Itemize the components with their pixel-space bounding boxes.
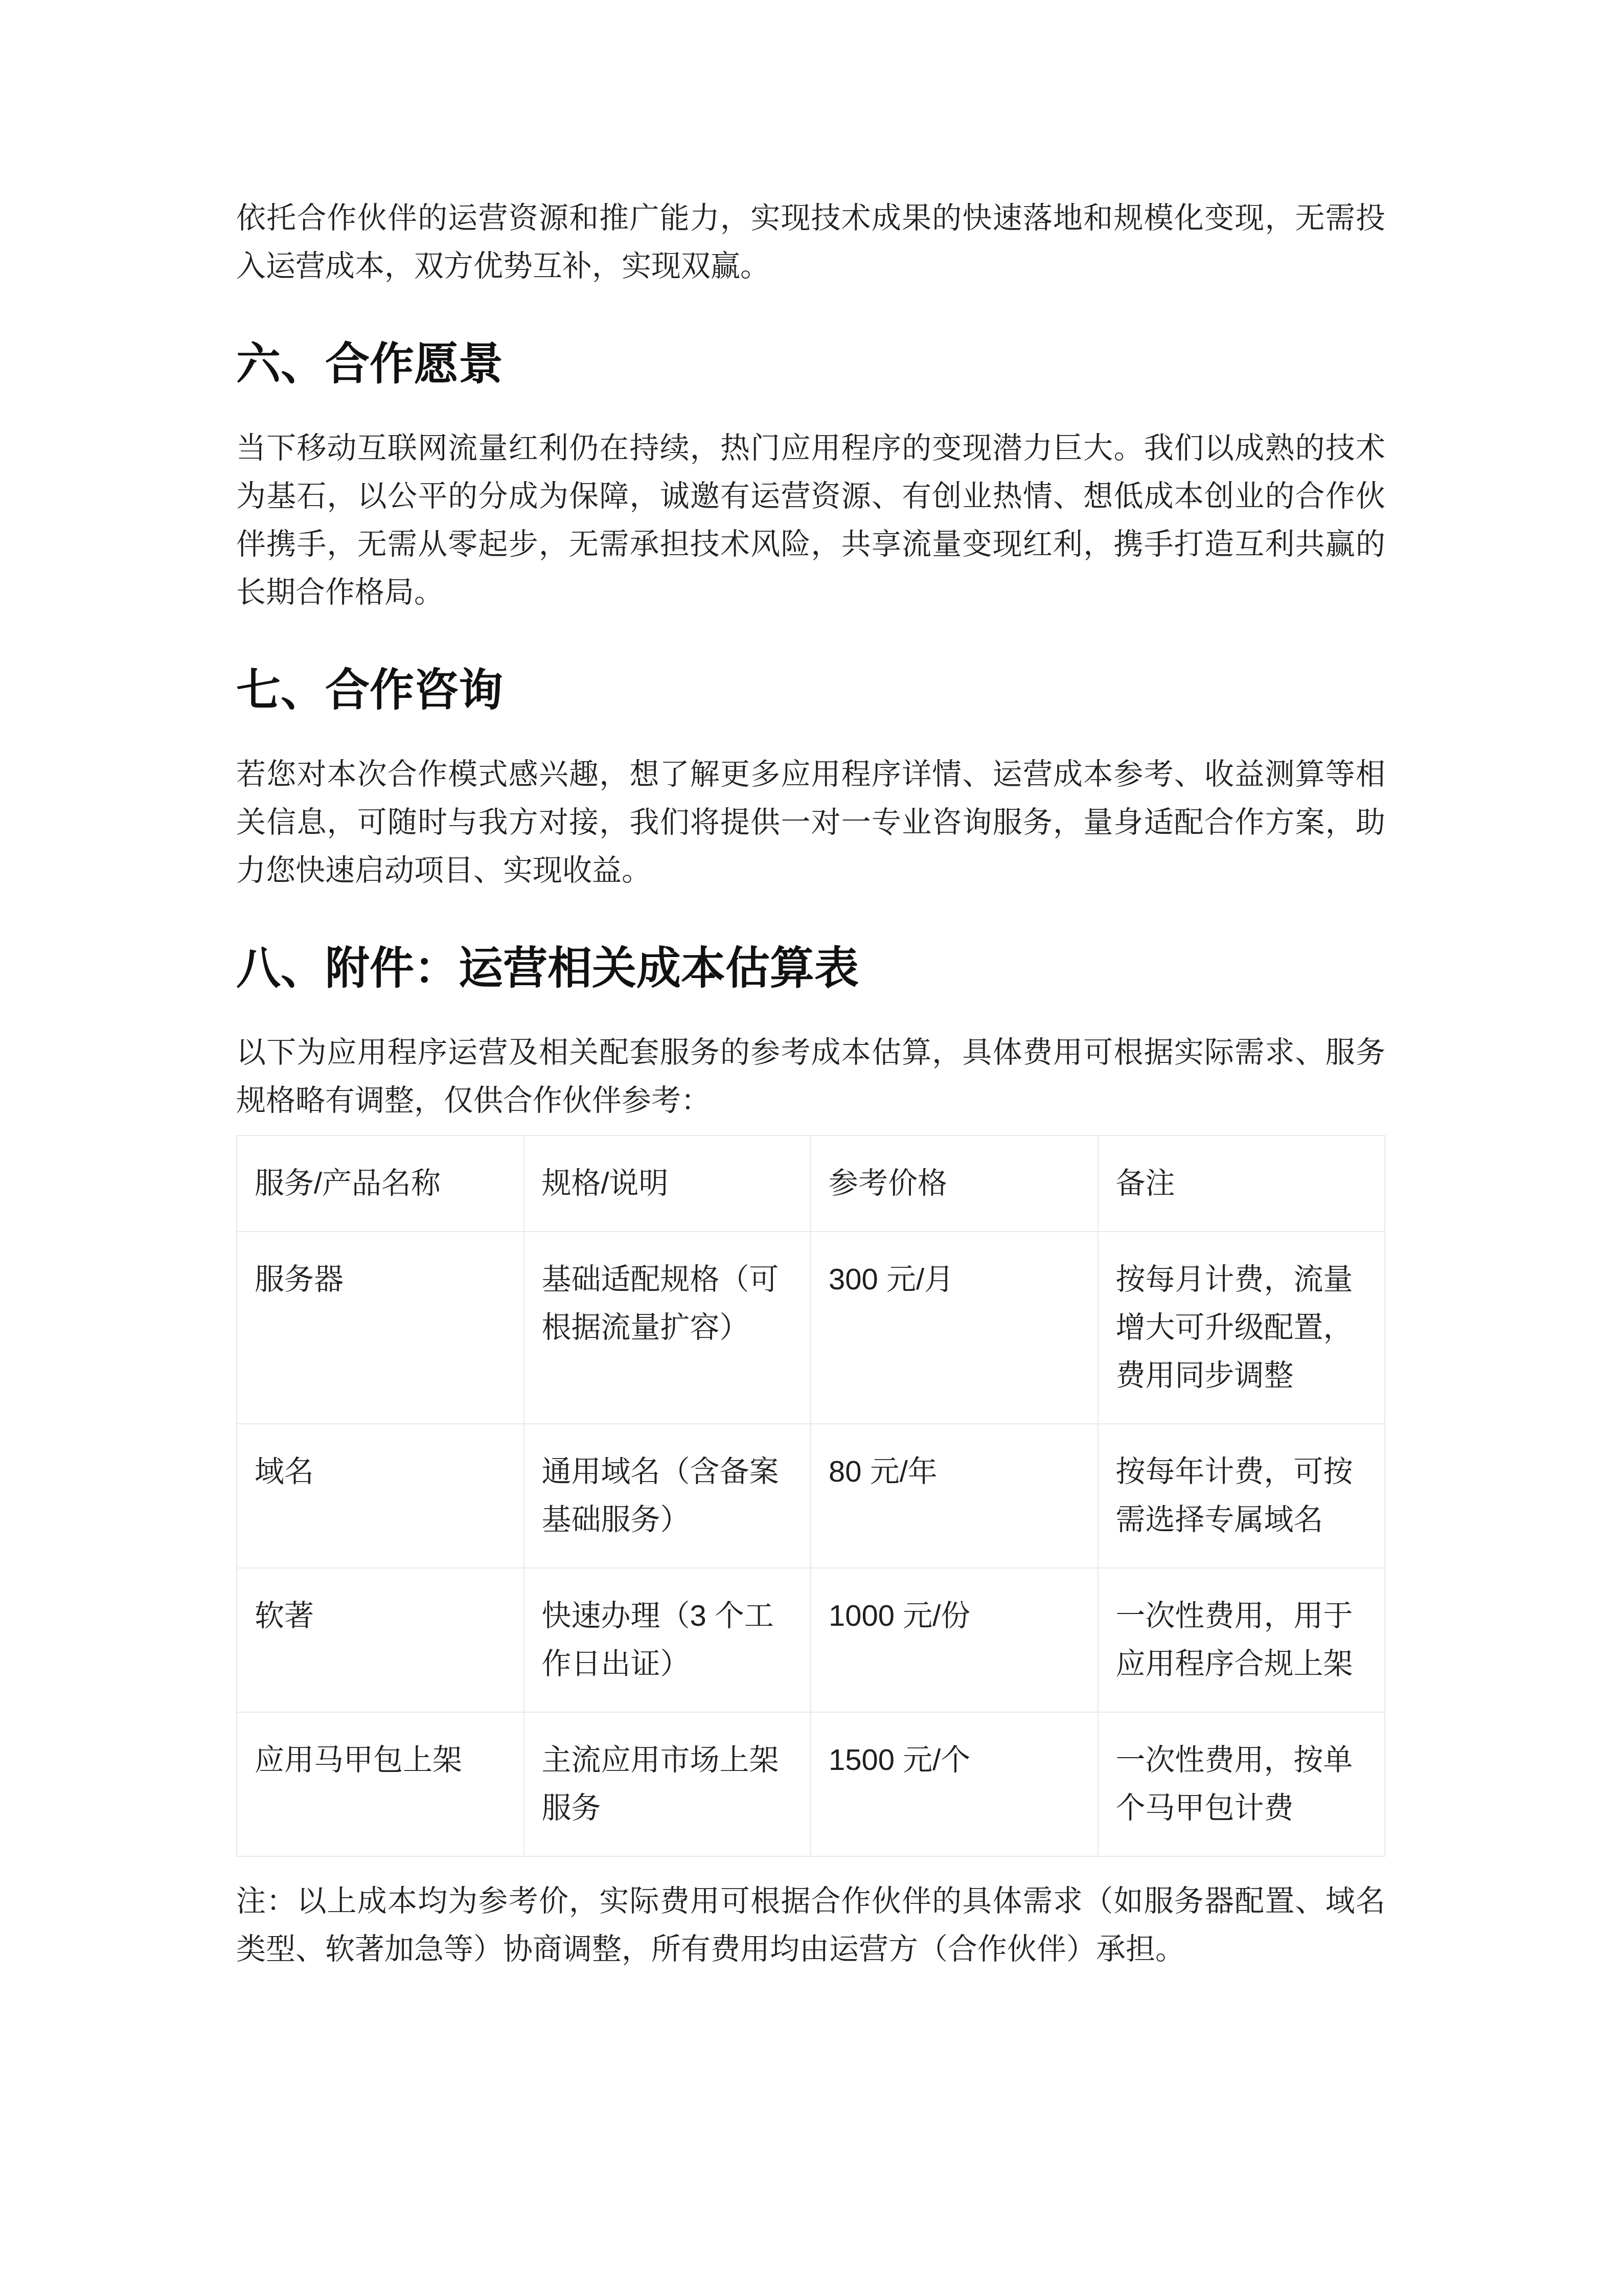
table-cell: 按每月计费，流量增大可升级配置，费用同步调整 — [1098, 1232, 1385, 1424]
table-cell: 通用域名（含备案基础服务） — [524, 1424, 811, 1568]
table-cell: 快速办理（3 个工作日出证） — [524, 1568, 811, 1712]
cost-table: 服务/产品名称 规格/说明 参考价格 备注 服务器 基础适配规格（可根据流量扩容… — [236, 1135, 1385, 1857]
table-cell: 1500 元/个 — [811, 1712, 1098, 1856]
table-cell: 服务器 — [237, 1232, 524, 1424]
table-cell: 域名 — [237, 1424, 524, 1568]
document-page: 依托合作伙伴的运营资源和推广能力，实现技术成果的快速落地和规模化变现，无需投入运… — [0, 0, 1623, 2296]
table-cell: 主流应用市场上架服务 — [524, 1712, 811, 1856]
heading-appendix-cost-table: 八、附件：运营相关成本估算表 — [236, 938, 1385, 1000]
table-cell: 按每年计费，可按需选择专属域名 — [1098, 1424, 1385, 1568]
table-cell: 300 元/月 — [811, 1232, 1098, 1424]
table-cell: 应用马甲包上架 — [237, 1712, 524, 1856]
heading-cooperation-vision: 六、合作愿景 — [236, 333, 1385, 396]
table-cell: 80 元/年 — [811, 1424, 1098, 1568]
table-cell: 一次性费用，用于应用程序合规上架 — [1098, 1568, 1385, 1712]
table-cell: 软著 — [237, 1568, 524, 1712]
table-header-row: 服务/产品名称 规格/说明 参考价格 备注 — [237, 1135, 1385, 1232]
table-header-cell-note: 备注 — [1098, 1135, 1385, 1232]
table-row-server: 服务器 基础适配规格（可根据流量扩容） 300 元/月 按每月计费，流量增大可升… — [237, 1232, 1385, 1424]
table-cell: 一次性费用，按单个马甲包计费 — [1098, 1712, 1385, 1856]
table-row-app-listing: 应用马甲包上架 主流应用市场上架服务 1500 元/个 一次性费用，按单个马甲包… — [237, 1712, 1385, 1856]
paragraph-cost-table-intro: 以下为应用程序运营及相关配套服务的参考成本估算，具体费用可根据实际需求、服务规格… — [236, 1029, 1385, 1125]
table-row-software-copyright: 软著 快速办理（3 个工作日出证） 1000 元/份 一次性费用，用于应用程序合… — [237, 1568, 1385, 1712]
table-cell: 基础适配规格（可根据流量扩容） — [524, 1232, 811, 1424]
table-row-domain: 域名 通用域名（含备案基础服务） 80 元/年 按每年计费，可按需选择专属域名 — [237, 1424, 1385, 1568]
heading-cooperation-consulting: 七、合作咨询 — [236, 660, 1385, 722]
paragraph-cooperation-consulting: 若您对本次合作模式感兴趣，想了解更多应用程序详情、运营成本参考、收益测算等相关信… — [236, 751, 1385, 895]
footnote: 注：以上成本均为参考价，实际费用可根据合作伙伴的具体需求（如服务器配置、域名类型… — [236, 1877, 1385, 1973]
table-header-cell-spec: 规格/说明 — [524, 1135, 811, 1232]
table-header-cell-price: 参考价格 — [811, 1135, 1098, 1232]
table-cell: 1000 元/份 — [811, 1568, 1098, 1712]
paragraph-cooperation-vision: 当下移动互联网流量红利仍在持续，热门应用程序的变现潜力巨大。我们以成熟的技术为基… — [236, 424, 1385, 617]
paragraph-intro: 依托合作伙伴的运营资源和推广能力，实现技术成果的快速落地和规模化变现，无需投入运… — [236, 194, 1385, 290]
table-header-cell-service-name: 服务/产品名称 — [237, 1135, 524, 1232]
